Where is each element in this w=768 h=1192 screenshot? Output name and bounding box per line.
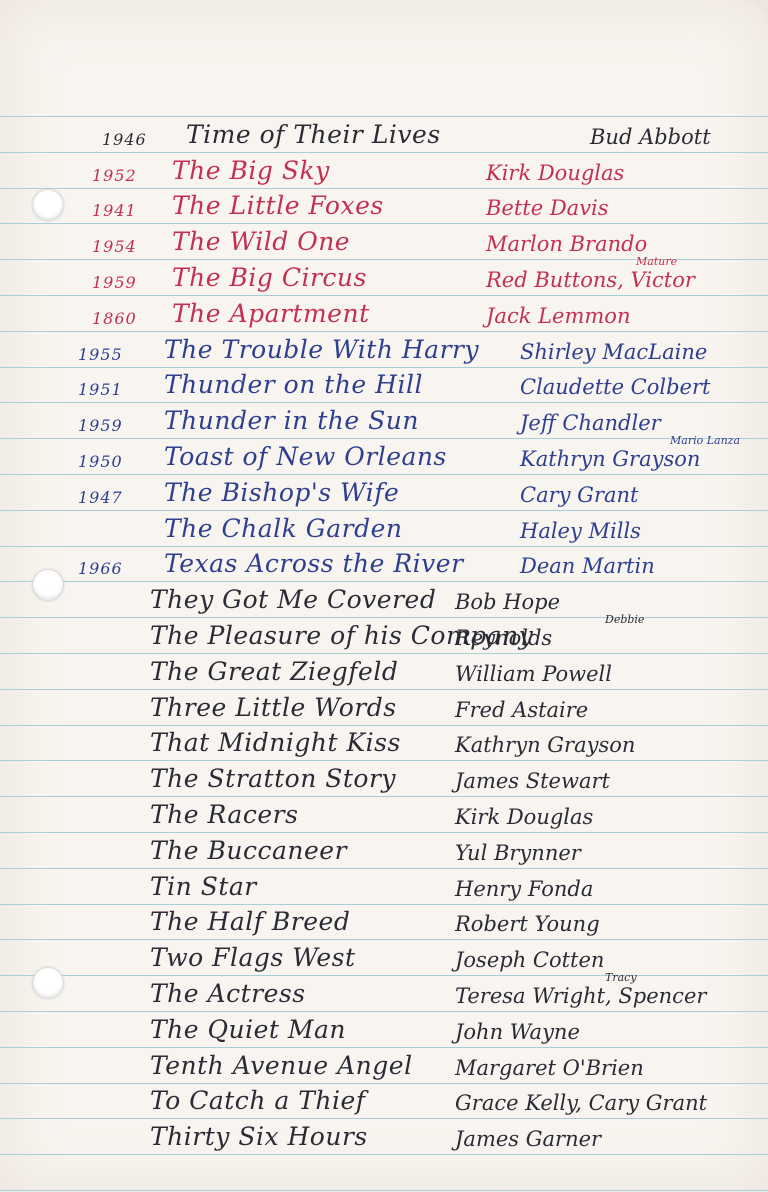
entry-actor: John Wayne [455,1020,580,1044]
entry-actor: James Stewart [455,769,610,793]
entry-title: Toast of New Orleans [164,442,447,471]
entry-actor: Jeff Chandler [520,411,661,435]
entry-actor: Kirk Douglas [455,805,593,829]
movie-entry: 1860 The Apartment Jack Lemmon [0,295,768,331]
entry-actor: Teresa Wright, Spencer [455,984,706,1008]
entry-title: The Half Breed [150,907,350,936]
movie-entry: 1951 Thunder on the Hill Claudette Colbe… [0,366,768,402]
entry-title: The Stratton Story [150,764,396,793]
entry-title: Time of Their Lives [186,120,441,149]
movie-entry: The Pleasure of his Company Reynolds Deb… [0,617,768,653]
entry-title: Texas Across the River [164,549,464,578]
movie-entry: 1941 The Little Foxes Bette Davis [0,187,768,223]
movie-entry: 1950 Toast of New Orleans Kathryn Grayso… [0,438,768,474]
entry-actor: Claudette Colbert [520,375,710,399]
entry-title: Thunder on the Hill [164,370,423,399]
movie-entry: Tenth Avenue Angel Margaret O'Brien [0,1047,768,1083]
movie-entry: 1959 Thunder in the Sun Jeff Chandler [0,402,768,438]
entry-title: Thunder in the Sun [164,406,419,435]
movie-entry: The Chalk Garden Haley Mills [0,510,768,546]
movie-entry: The Racers Kirk Douglas [0,796,768,832]
entry-annotation: Debbie [605,613,644,626]
ruled-line [0,1154,768,1155]
movie-entry: The Actress Teresa Wright, Spencer Tracy [0,975,768,1011]
entry-title: The Bishop's Wife [164,478,399,507]
entry-year: 1951 [78,380,123,399]
entry-actor: Cary Grant [520,483,638,507]
movie-entry: 1959 The Big Circus Red Buttons, Victor … [0,259,768,295]
movie-entry: Thirty Six Hours James Garner [0,1118,768,1154]
entry-title: The Buccaneer [150,836,347,865]
notebook-page: 1946 Time of Their Lives Bud Abbott 1952… [0,0,768,1192]
entry-title: Thirty Six Hours [150,1122,368,1151]
entry-actor: Yul Brynner [455,841,581,865]
movie-entry: The Half Breed Robert Young [0,903,768,939]
entry-actor: Henry Fonda [455,877,593,901]
movie-entry: The Great Ziegfeld William Powell [0,653,768,689]
entry-actor: Margaret O'Brien [455,1056,644,1080]
movie-entry: That Midnight Kiss Kathryn Grayson [0,724,768,760]
movie-entry: The Buccaneer Yul Brynner [0,832,768,868]
movie-entry: 1952 The Big Sky Kirk Douglas [0,152,768,188]
entry-actor: Red Buttons, Victor [486,268,695,292]
entry-title: They Got Me Covered [150,585,436,614]
movie-entry: 1947 The Bishop's Wife Cary Grant [0,474,768,510]
ruled-line [0,1190,768,1191]
entry-actor: James Garner [455,1127,601,1151]
entry-year: 1946 [102,130,147,149]
entry-actor: Kirk Douglas [486,161,624,185]
entry-year: 1947 [78,488,123,507]
entry-annotation: Mario Lanza [670,434,740,447]
movie-entry: They Got Me Covered Bob Hope [0,581,768,617]
entry-title: The Wild One [172,227,350,256]
entry-title: The Apartment [172,299,370,328]
movie-entry: The Stratton Story James Stewart [0,760,768,796]
entry-actor: Haley Mills [520,519,641,543]
entry-title: Two Flags West [150,943,356,972]
entry-actor: Joseph Cotten [455,948,604,972]
entry-actor: Kathryn Grayson [520,447,700,471]
movie-entry: 1946 Time of Their Lives Bud Abbott [0,116,768,152]
entry-annotation: Tracy [605,971,637,984]
entry-title: The Chalk Garden [164,514,402,543]
movie-entry: Two Flags West Joseph Cotten [0,939,768,975]
entry-actor: Grace Kelly, Cary Grant [455,1091,707,1115]
entry-title: The Trouble With Harry [164,335,479,364]
entry-title: The Big Circus [172,263,367,292]
entry-year: 1860 [92,309,137,328]
entry-title: That Midnight Kiss [150,728,401,757]
entry-actor: Bob Hope [455,590,560,614]
entry-actor: Bette Davis [486,196,609,220]
entry-actor: Marlon Brando [486,232,647,256]
entry-actor: Reynolds [455,626,552,650]
entry-actor: Shirley MacLaine [520,340,707,364]
movie-entry: 1966 Texas Across the River Dean Martin [0,545,768,581]
movie-entry: Tin Star Henry Fonda [0,868,768,904]
entry-actor: Jack Lemmon [486,304,630,328]
entry-title: Three Little Words [150,693,397,722]
entry-year: 1952 [92,166,137,185]
entry-title: The Racers [150,800,298,829]
entry-year: 1954 [92,237,137,256]
movie-entry: 1954 The Wild One Marlon Brando [0,223,768,259]
entry-year: 1966 [78,559,123,578]
entry-actor: Bud Abbott [590,125,711,149]
entry-actor: William Powell [455,662,612,686]
entry-title: The Actress [150,979,306,1008]
entry-year: 1941 [92,201,137,220]
entry-actor: Robert Young [455,912,600,936]
entry-actor: Dean Martin [520,554,655,578]
entry-year: 1959 [92,273,137,292]
entry-title: The Quiet Man [150,1015,346,1044]
movie-entry: The Quiet Man John Wayne [0,1011,768,1047]
entry-title: The Great Ziegfeld [150,657,398,686]
entry-annotation: Mature [636,255,677,268]
movie-entry: 1955 The Trouble With Harry Shirley MacL… [0,331,768,367]
entry-actor: Kathryn Grayson [455,733,635,757]
entry-title: Tin Star [150,872,257,901]
entry-year: 1959 [78,416,123,435]
entry-title: The Big Sky [172,156,330,185]
entry-title: The Little Foxes [172,191,384,220]
movie-entry: To Catch a Thief Grace Kelly, Cary Grant [0,1082,768,1118]
entry-title: To Catch a Thief [150,1086,366,1115]
entry-title: Tenth Avenue Angel [150,1051,413,1080]
movie-entry: Three Little Words Fred Astaire [0,689,768,725]
entry-actor: Fred Astaire [455,698,588,722]
entry-year: 1950 [78,452,123,471]
entry-year: 1955 [78,345,123,364]
